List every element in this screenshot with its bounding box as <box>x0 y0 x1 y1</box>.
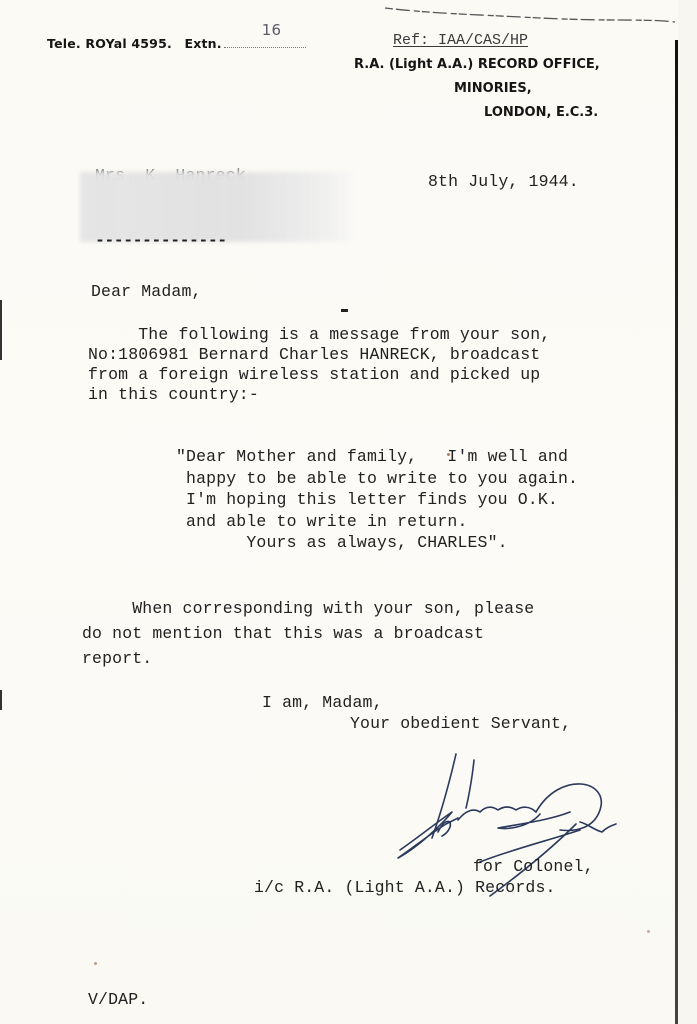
extension-value: 16 <box>262 21 282 39</box>
body-line: do not mention that this was a broadcast <box>82 621 534 646</box>
signatory-line-1: for Colonel, <box>473 857 594 876</box>
page-edge-mark <box>0 690 2 710</box>
address-line: R.A. (Light A.A.) RECORD OFFICE, <box>354 53 600 77</box>
quote-line: happy to be able to write to you again. <box>176 468 578 490</box>
address-line: MINORIES, <box>354 77 600 101</box>
extension-label: Extn. <box>185 36 222 51</box>
body-paragraph-2: When corresponding with your son, please… <box>82 596 534 671</box>
salutation: Dear Madam, <box>91 282 202 301</box>
body-line: from a foreign wireless station and pick… <box>88 365 550 385</box>
closing-line-2: Your obedient Servant, <box>350 714 571 733</box>
body-line: No:1806981 Bernard Charles HANRECK, broa… <box>88 345 550 365</box>
quote-line: and able to write in return. <box>176 511 578 533</box>
quote-line: I'm hoping this letter finds you O.K. <box>176 489 578 511</box>
page-edge-shadow <box>675 40 678 1024</box>
body-line: The following is a message from your son… <box>88 325 550 345</box>
typewriter-mark <box>341 309 348 312</box>
telephone-label: Tele. ROYal 4595. <box>47 36 172 51</box>
closing-line-1: I am, Madam, <box>262 693 383 712</box>
body-paragraph-1: The following is a message from your son… <box>88 325 550 405</box>
recipient-underline: -------------- <box>95 231 227 250</box>
body-line: report. <box>82 646 534 671</box>
paper-speck <box>447 453 450 456</box>
reference-number: Ref: IAA/CAS/HP <box>393 32 528 49</box>
letter-page: Tele. ROYal 4595. Extn.16 Ref: IAA/CAS/H… <box>0 0 697 1024</box>
page-edge-mark <box>0 300 2 360</box>
body-line: When corresponding with your son, please <box>82 596 534 621</box>
page-edge-strip <box>678 0 697 1024</box>
reference-initials: V/DAP. <box>88 990 148 1009</box>
letterhead-address: R.A. (Light A.A.) RECORD OFFICE, MINORIE… <box>354 53 600 125</box>
quoted-message: "Dear Mother and family, I'm well and ha… <box>176 446 578 554</box>
signatory-line-2: i/c R.A. (Light A.A.) Records. <box>254 878 556 897</box>
paper-speck <box>94 962 97 965</box>
quote-line: "Dear Mother and family, I'm well and <box>176 446 578 468</box>
extension-field: 16 <box>224 35 306 48</box>
telephone-line: Tele. ROYal 4595. Extn.16 <box>47 35 306 51</box>
torn-edge-decoration <box>380 4 680 24</box>
address-line: LONDON, E.C.3. <box>354 101 600 125</box>
body-line: in this country:- <box>88 385 550 405</box>
letter-date: 8th July, 1944. <box>428 172 579 191</box>
paper-speck <box>647 930 650 933</box>
quote-line: Yours as always, CHARLES". <box>176 532 578 554</box>
